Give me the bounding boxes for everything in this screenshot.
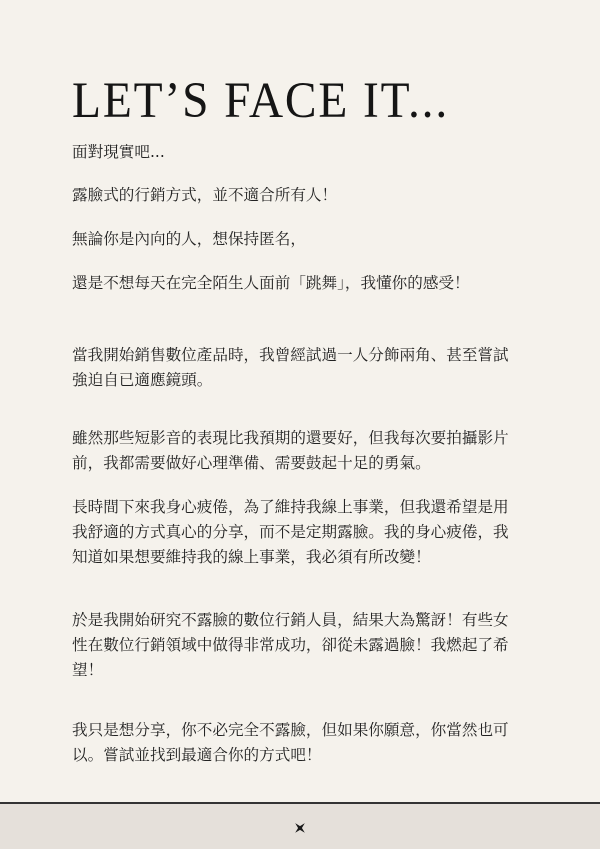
paragraph-introvert: 無論你是內向的人，想保持匿名， [72, 227, 522, 252]
paragraph-burnout: 長時間下來我身心疲倦，為了維持我線上事業，但我還希望是用我舒適的方式真心的分享，… [72, 495, 522, 569]
paragraph-research: 於是我開始研究不露臉的數位行銷人員，結果大為驚訝！有些女性在數位行銷領域中做得非… [72, 608, 522, 682]
paragraph-intro: 面對現實吧... [72, 140, 522, 165]
paragraph-empathy: 還是不想每天在完全陌生人面前「跳舞」，我懂你的感受！ [72, 271, 542, 296]
paragraph-statement: 露臉式的行銷方式，並不適合所有人！ [72, 183, 522, 208]
paragraph-closing: 我只是想分享，你不必完全不露臉，但如果你願意，你當然也可以。嘗試並找到最適合你的… [72, 718, 522, 768]
sparkle-star-icon [292, 820, 308, 836]
page-title: LET’S FACE IT... [72, 76, 449, 127]
paragraph-story-start: 當我開始銷售數位產品時，我曾經試過一人分飾兩角、甚至嘗試強迫自已適應鏡頭。 [72, 343, 522, 393]
paragraph-short-videos: 雖然那些短影音的表現比我預期的還要好，但我每次要拍攝影片前，我都需要做好心理準備… [72, 426, 522, 476]
